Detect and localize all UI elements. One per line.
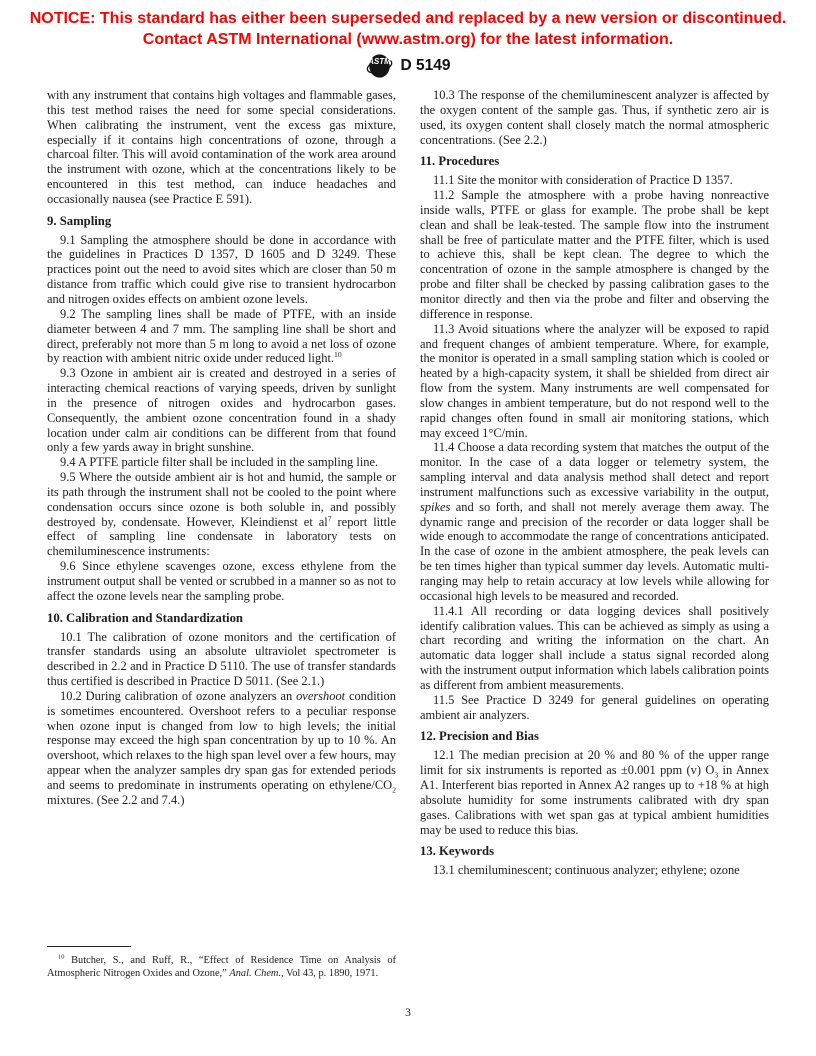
paragraph-10-1: 10.1 The calibration of ozone monitors a…: [47, 630, 396, 689]
superseded-notice: NOTICE: This standard has either been su…: [0, 8, 816, 50]
left-column: with any instrument that contains high v…: [47, 88, 396, 808]
section-heading-13-keywords: 13. Keywords: [420, 844, 769, 859]
astm-logo-text: ASTM: [367, 57, 391, 66]
notice-line-2: Contact ASTM International (www.astm.org…: [0, 29, 816, 50]
paragraph-11-1: 11.1 Site the monitor with consideration…: [420, 173, 769, 188]
section-heading-11-procedures: 11. Procedures: [420, 154, 769, 169]
footnote-10: 10 Butcher, S., and Ruff, R., “Effect of…: [47, 946, 396, 980]
notice-line-1: NOTICE: This standard has either been su…: [0, 8, 816, 29]
paragraph-11-5: 11.5 See Practice D 3249 for general gui…: [420, 693, 769, 723]
paragraph-9-6: 9.6 Since ethylene scavenges ozone, exce…: [47, 559, 396, 604]
document-page: NOTICE: This standard has either been su…: [0, 0, 816, 1056]
section-heading-10-calibration: 10. Calibration and Standardization: [47, 611, 396, 626]
section-heading-12-precision-bias: 12. Precision and Bias: [420, 729, 769, 744]
paragraph-11-4-1: 11.4.1 All recording or data logging dev…: [420, 604, 769, 693]
paragraph-8-continuation: with any instrument that contains high v…: [47, 88, 396, 207]
footnote-rule: [47, 946, 131, 947]
paragraph-12-1: 12.1 The median precision at 20 % and 80…: [420, 748, 769, 837]
right-column: 10.3 The response of the chemiluminescen…: [420, 88, 769, 878]
document-header: ASTM D 5149: [0, 52, 816, 80]
paragraph-11-4: 11.4 Choose a data recording system that…: [420, 440, 769, 603]
paragraph-11-2: 11.2 Sample the atmosphere with a probe …: [420, 188, 769, 322]
astm-logo-icon: ASTM: [366, 52, 394, 80]
section-heading-9-sampling: 9. Sampling: [47, 214, 396, 229]
paragraph-9-4: 9.4 A PTFE particle filter shall be incl…: [47, 455, 396, 470]
standard-designation: D 5149: [401, 57, 451, 75]
paragraph-9-3: 9.3 Ozone in ambient air is created and …: [47, 366, 396, 455]
paragraph-9-1: 9.1 Sampling the atmosphere should be do…: [47, 233, 396, 307]
paragraph-10-3: 10.3 The response of the chemiluminescen…: [420, 88, 769, 147]
paragraph-10-2: 10.2 During calibration of ozone analyze…: [47, 689, 396, 808]
footnote-text: 10 Butcher, S., and Ruff, R., “Effect of…: [47, 955, 396, 980]
page-number: 3: [0, 1007, 816, 1019]
paragraph-11-3: 11.3 Avoid situations where the analyzer…: [420, 322, 769, 441]
paragraph-13-1: 13.1 chemiluminescent; continuous analyz…: [420, 863, 769, 878]
paragraph-9-2: 9.2 The sampling lines shall be made of …: [47, 307, 396, 366]
paragraph-9-5: 9.5 Where the outside ambient air is hot…: [47, 470, 396, 559]
